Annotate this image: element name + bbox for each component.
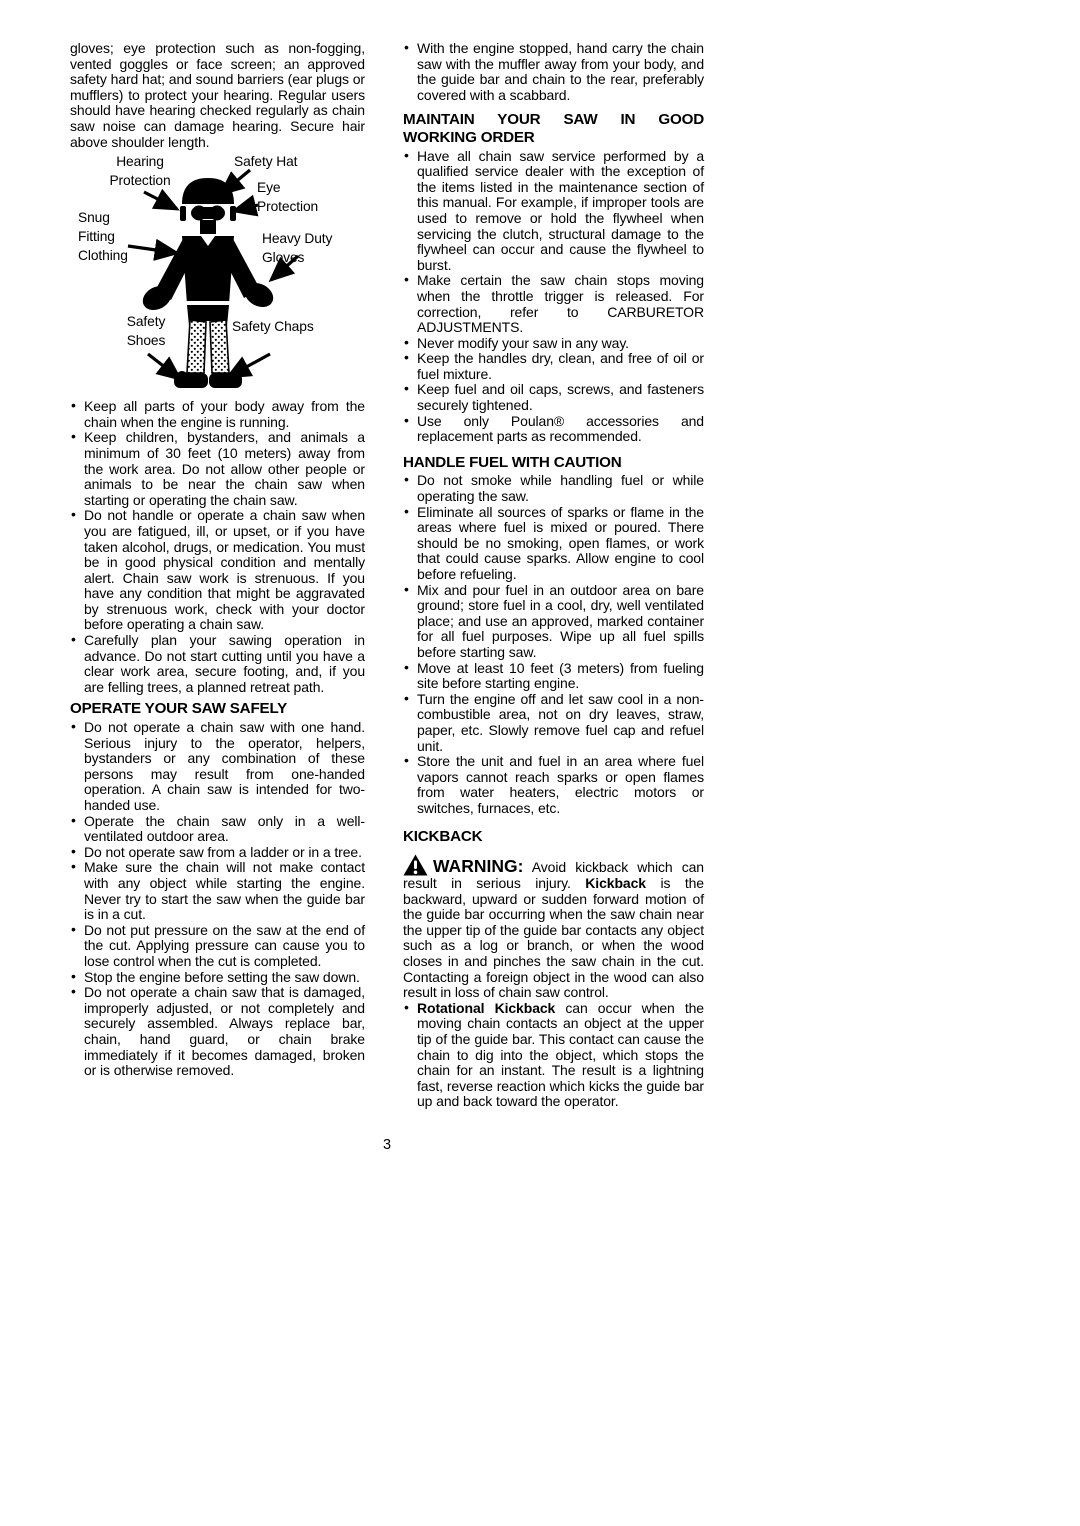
right-glove-shape	[241, 277, 278, 312]
list-item: •Carefully plan your sawing operation in…	[70, 633, 365, 695]
kickback-bold-term: Kickback	[585, 875, 646, 891]
bullet-icon: •	[404, 413, 409, 429]
list-item-text: Never modify your saw in any way.	[417, 335, 629, 351]
list-item: •Use only Poulan® accessories and replac…	[403, 414, 704, 445]
list-item: •Keep all parts of your body away from t…	[70, 399, 365, 430]
list-item-text: Do not handle or operate a chain saw whe…	[84, 507, 365, 632]
heading-maintain-your-saw: MAINTAIN YOUR SAW IN GOOD WORKING ORDER	[403, 111, 704, 146]
bullet-icon: •	[404, 691, 409, 707]
list-item-text: Do not operate a chain saw that is damag…	[84, 984, 365, 1078]
manual-page: gloves; eye protection such as non-foggi…	[0, 0, 1080, 1526]
list-item: •Do not operate a chain saw that is dama…	[70, 985, 365, 1079]
warning-text: is the backward, upward or sudden forwar…	[403, 875, 704, 1000]
list-item: •Stop the engine before setting the saw …	[70, 970, 365, 986]
bullet-icon: •	[71, 922, 76, 938]
heading-operate-your-saw-safely: OPERATE YOUR SAW SAFELY	[70, 700, 365, 718]
figure-label-snug-fitting-clothing: Snug Fitting Clothing	[78, 208, 128, 265]
list-item-text: Make sure the chain will not make contac…	[84, 859, 365, 922]
list-item: •Never modify your saw in any way.	[403, 336, 704, 352]
bullet-icon: •	[404, 753, 409, 769]
warning-label: WARNING:	[433, 856, 523, 876]
chaps-arrow	[228, 354, 270, 377]
list-item-text: can occur when the moving chain contacts…	[417, 1000, 704, 1110]
body-safety-list: •Keep all parts of your body away from t…	[70, 399, 365, 695]
figure-label-hearing-protection: Hearing Protection	[96, 152, 184, 190]
safety-hat-arrow	[221, 170, 250, 194]
heading-kickback: KICKBACK	[403, 828, 704, 846]
eye-arrow	[234, 205, 258, 211]
list-item-text: Make certain the saw chain stops moving …	[417, 272, 704, 335]
bullet-icon: •	[71, 859, 76, 875]
left-earmuff-shape	[180, 206, 186, 221]
warning-triangle-icon	[403, 854, 428, 876]
bullet-icon: •	[71, 429, 76, 445]
list-item: •Do not operate a chain saw with one han…	[70, 720, 365, 814]
bullet-icon: •	[404, 148, 409, 164]
shoes-arrow	[148, 354, 180, 379]
bullet-icon: •	[71, 813, 76, 829]
kickback-warning-paragraph: WARNING: Avoid kickback which can result…	[403, 854, 704, 1001]
safety-gear-figure: Hearing Protection Safety Hat Eye Protec…	[70, 152, 365, 394]
rotational-kickback-bold-term: Rotational Kickback	[417, 1000, 555, 1016]
list-item-text: Store the unit and fuel in an area where…	[417, 753, 704, 816]
right-column: •With the engine stopped, hand carry the…	[403, 41, 704, 1110]
list-item-text: Stop the engine before setting the saw d…	[84, 969, 360, 985]
list-item: •Do not smoke while handling fuel or whi…	[403, 473, 704, 504]
list-item-text: Do not smoke while handling fuel or whil…	[417, 472, 704, 504]
maintain-list: •Have all chain saw service performed by…	[403, 149, 704, 445]
bullet-icon: •	[71, 719, 76, 735]
list-item-text: With the engine stopped, hand carry the …	[417, 40, 704, 103]
intro-paragraph: gloves; eye protection such as non-foggi…	[70, 41, 365, 150]
figure-label-safety-chaps: Safety Chaps	[232, 317, 314, 336]
hearing-arrow	[144, 192, 177, 209]
list-item: •Do not handle or operate a chain saw wh…	[70, 508, 365, 633]
bullet-icon: •	[71, 632, 76, 648]
bullet-icon: •	[404, 381, 409, 397]
list-item-text: Keep children, bystanders, and animals a…	[84, 429, 365, 507]
figure-label-eye-protection: Eye Protection	[257, 178, 318, 216]
list-item: •Keep fuel and oil caps, screws, and fas…	[403, 382, 704, 413]
list-item: •Keep children, bystanders, and animals …	[70, 430, 365, 508]
list-item: •Make sure the chain will not make conta…	[70, 860, 365, 922]
left-column: gloves; eye protection such as non-foggi…	[70, 41, 365, 1079]
list-item-text: Move at least 10 feet (3 meters) from fu…	[417, 660, 704, 692]
list-item: •Keep the handles dry, clean, and free o…	[403, 351, 704, 382]
list-item-text: Operate the chain saw only in a well-ven…	[84, 813, 365, 845]
list-item: •Do not put pressure on the saw at the e…	[70, 923, 365, 970]
list-item: •Store the unit and fuel in an area wher…	[403, 754, 704, 816]
list-item-text: Do not put pressure on the saw at the en…	[84, 922, 365, 969]
figure-label-safety-hat: Safety Hat	[234, 152, 297, 171]
list-item-text: Have all chain saw service performed by …	[417, 148, 704, 273]
list-item-text: Carefully plan your sawing operation in …	[84, 632, 365, 695]
list-item: •Make certain the saw chain stops moving…	[403, 273, 704, 335]
bullet-icon: •	[404, 350, 409, 366]
list-item: •Operate the chain saw only in a well-ve…	[70, 814, 365, 845]
list-item-text: Turn the engine off and let saw cool in …	[417, 691, 704, 754]
list-item-text: Eliminate all sources of sparks or flame…	[417, 504, 704, 582]
bullet-icon: •	[404, 660, 409, 676]
bullet-icon: •	[71, 507, 76, 523]
list-item: •With the engine stopped, hand carry the…	[403, 41, 704, 103]
bullet-icon: •	[404, 40, 409, 56]
bullet-icon: •	[71, 984, 76, 1000]
bullet-icon: •	[404, 1000, 409, 1016]
list-item: •Eliminate all sources of sparks or flam…	[403, 505, 704, 583]
list-item: •Do not operate saw from a ladder or in …	[70, 845, 365, 861]
bullet-icon: •	[71, 969, 76, 985]
list-item: •Turn the engine off and let saw cool in…	[403, 692, 704, 754]
list-item-text: Keep fuel and oil caps, screws, and fast…	[417, 381, 704, 413]
right-chap-shape	[210, 320, 229, 373]
operate-safely-list: •Do not operate a chain saw with one han…	[70, 720, 365, 1079]
figure-label-heavy-duty-gloves: Heavy Duty Gloves	[262, 229, 332, 267]
list-item: •Move at least 10 feet (3 meters) from f…	[403, 661, 704, 692]
bullet-icon: •	[404, 582, 409, 598]
bullet-icon: •	[404, 272, 409, 288]
bullet-icon: •	[404, 472, 409, 488]
fuel-list: •Do not smoke while handling fuel or whi…	[403, 473, 704, 816]
bullet-icon: •	[404, 504, 409, 520]
left-glove-shape	[139, 280, 176, 315]
bullet-icon: •	[71, 398, 76, 414]
list-item-text: Do not operate saw from a ladder or in a…	[84, 844, 362, 860]
list-item: •Rotational Kickback can occur when the …	[403, 1001, 704, 1110]
page-number: 3	[383, 1137, 391, 1153]
list-item: •Have all chain saw service performed by…	[403, 149, 704, 274]
list-item-text: Do not operate a chain saw with one hand…	[84, 719, 365, 813]
right-earmuff-shape	[230, 206, 236, 221]
list-item-text: Use only Poulan® accessories and replace…	[417, 413, 704, 445]
left-chap-shape	[187, 320, 206, 373]
bullet-icon: •	[404, 335, 409, 351]
bullet-icon: •	[71, 844, 76, 860]
heading-handle-fuel-with-caution: HANDLE FUEL WITH CAUTION	[403, 454, 704, 472]
figure-label-safety-shoes: Safety Shoes	[114, 312, 178, 350]
list-item-text: Keep the handles dry, clean, and free of…	[417, 350, 704, 382]
list-item: •Mix and pour fuel in an outdoor area on…	[403, 583, 704, 661]
snug-arrow	[128, 246, 177, 253]
list-item-text: Keep all parts of your body away from th…	[84, 398, 365, 430]
list-item-text: Mix and pour fuel in an outdoor area on …	[417, 582, 704, 660]
